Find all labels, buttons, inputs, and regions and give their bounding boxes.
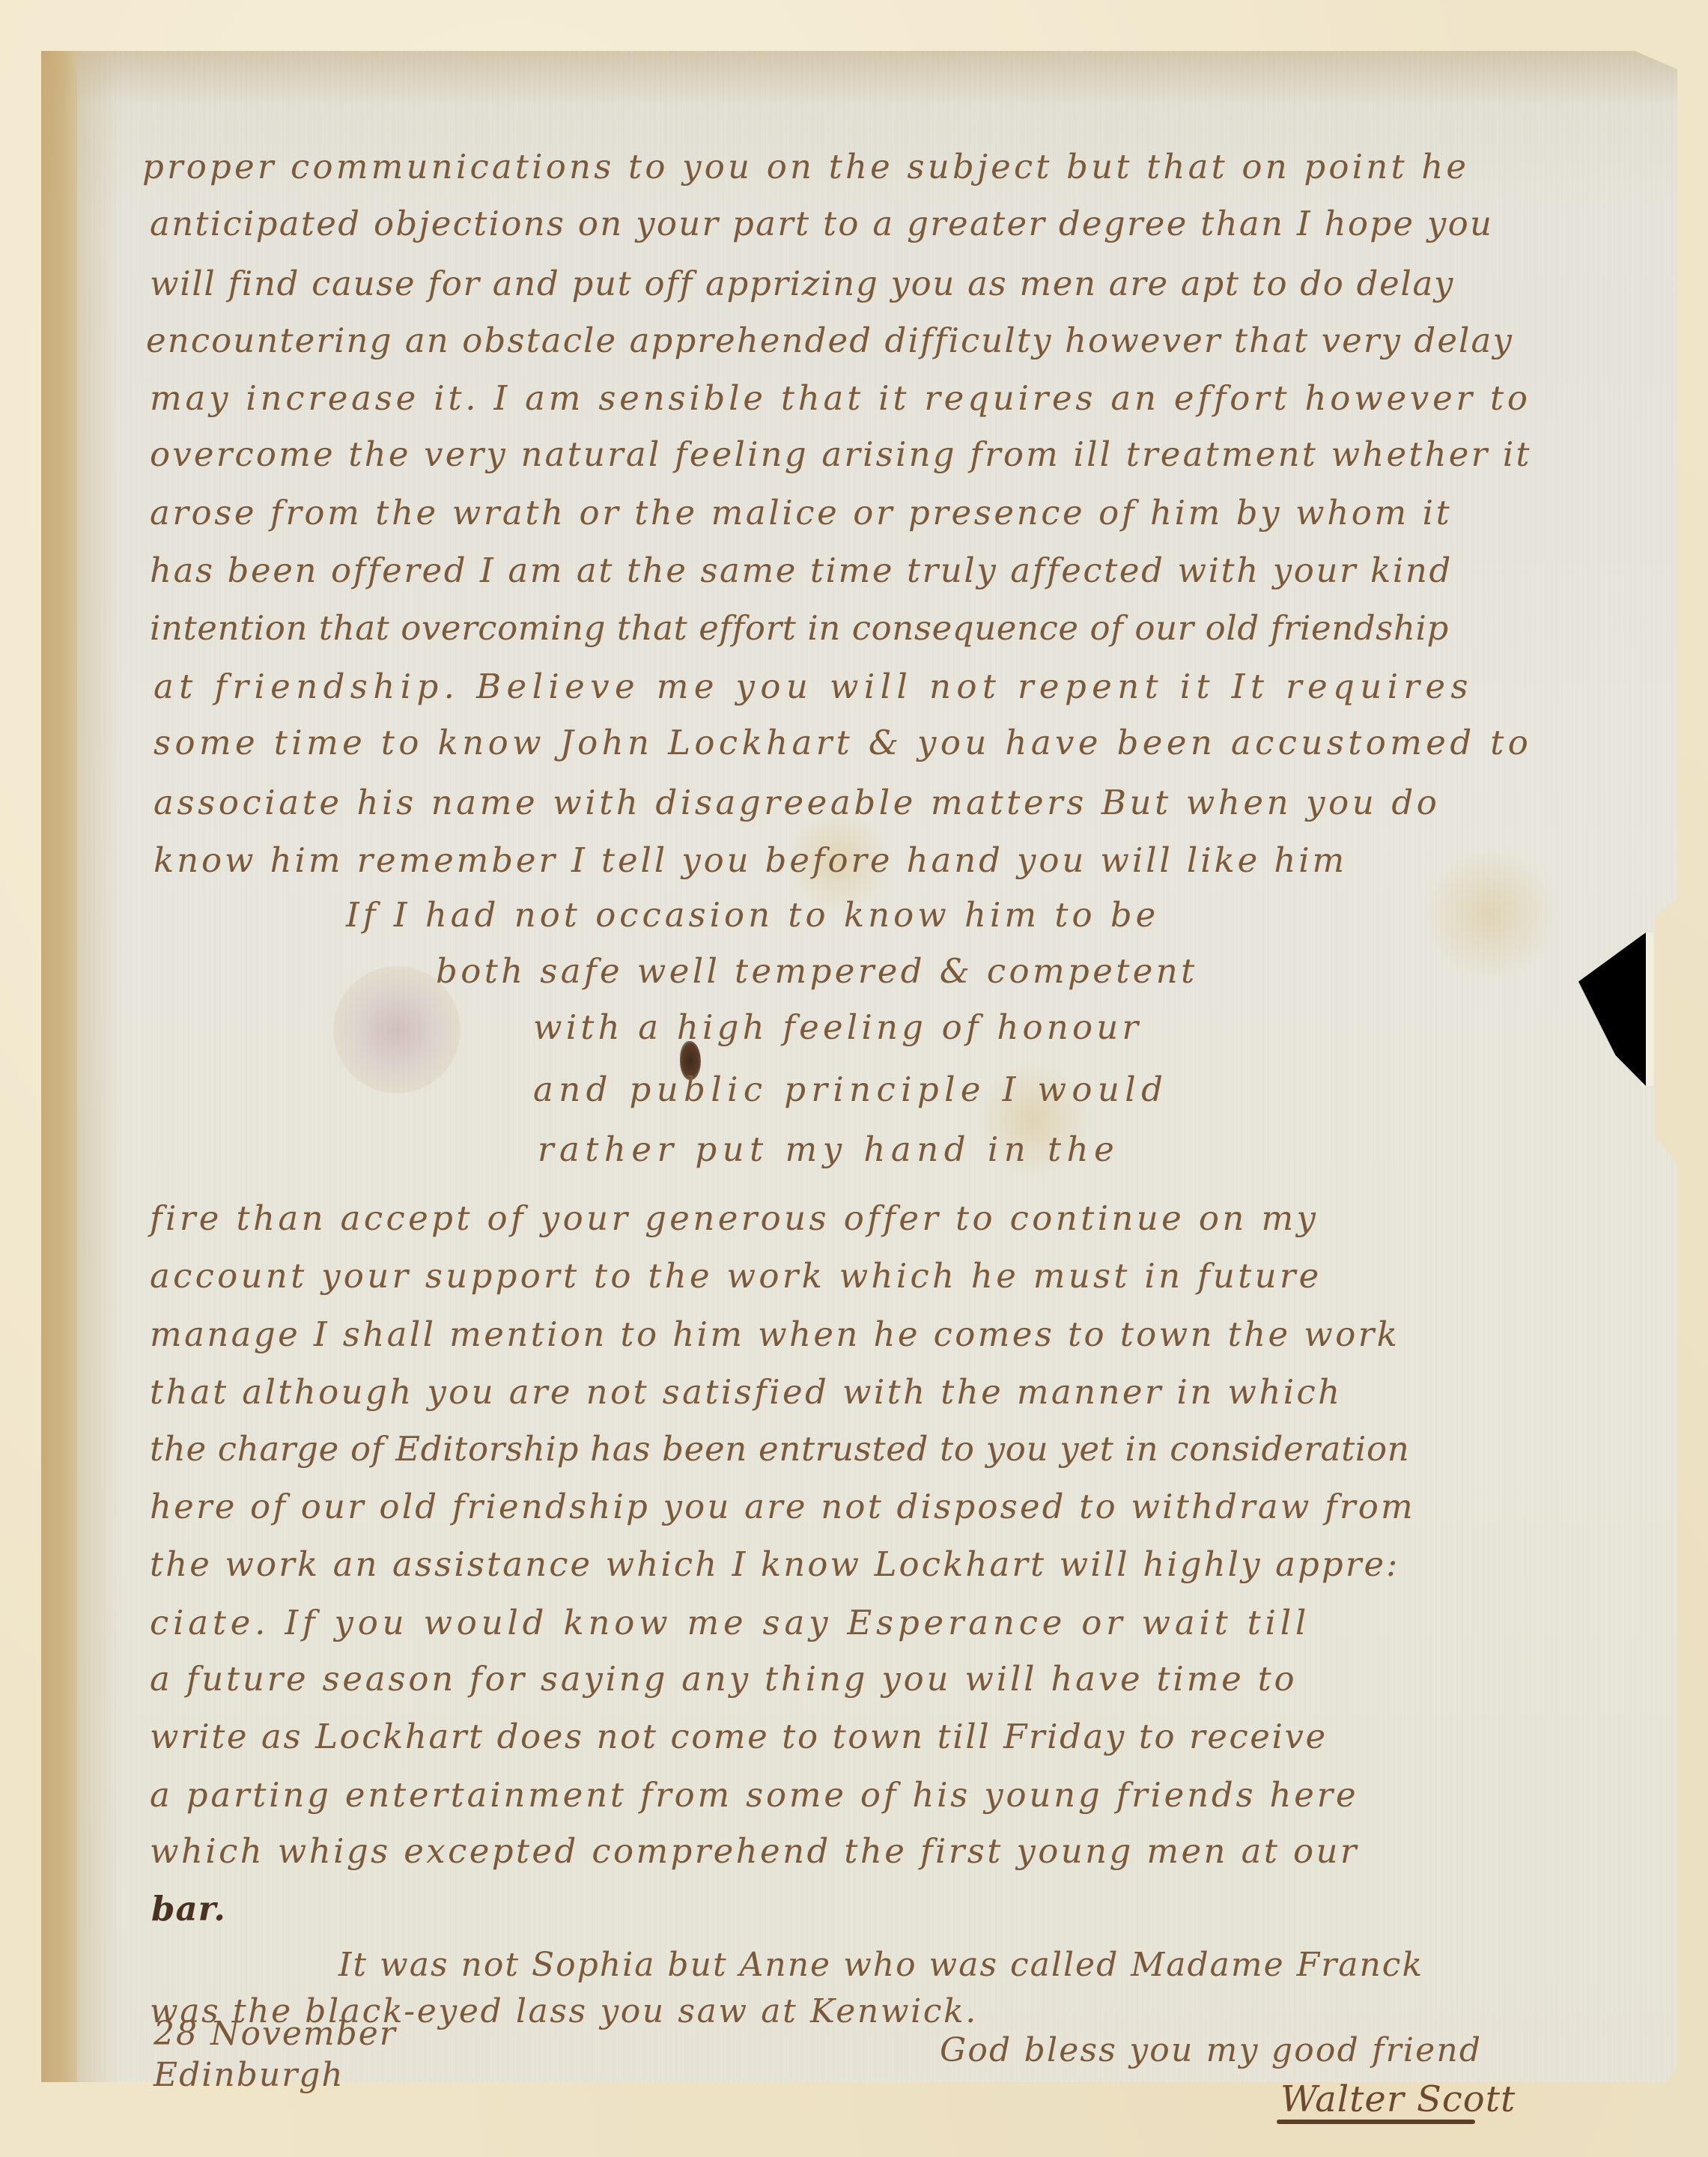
signature: Walter Scott bbox=[1280, 2078, 1516, 2120]
text-line: a parting entertainment from some of his… bbox=[150, 1775, 1358, 1815]
text-line: which whigs excepted comprehend the firs… bbox=[150, 1831, 1359, 1871]
text-line: It was not Sophia but Anne who was calle… bbox=[338, 1946, 1423, 1984]
text-line: anticipated objections on your part to a… bbox=[150, 204, 1493, 243]
text-line: rather put my hand in the bbox=[538, 1129, 1119, 1169]
text-line: proper communications to you on the subj… bbox=[142, 147, 1469, 186]
text-line: the work an assistance which I know Lock… bbox=[150, 1544, 1399, 1584]
text-line: arose from the wrath or the malice or pr… bbox=[150, 493, 1452, 533]
text-line: and public principle I would bbox=[533, 1070, 1168, 1109]
place-line: Edinburgh bbox=[154, 2056, 344, 2094]
text-line: bar. bbox=[151, 1889, 226, 1929]
text-line: fire than accept of your generous offer … bbox=[150, 1198, 1319, 1238]
top-edge-stain bbox=[41, 51, 1677, 103]
foxing-stain bbox=[1423, 846, 1557, 981]
text-line: that although you are not satisfied with… bbox=[150, 1372, 1343, 1412]
text-line: know him remember I tell you before hand… bbox=[154, 840, 1347, 880]
text-line: here of our old friendship you are not d… bbox=[150, 1487, 1415, 1526]
closing-line: God bless you my good friend bbox=[940, 2031, 1482, 2069]
left-hinge-strip bbox=[41, 51, 77, 2082]
text-line: ciate. If you would know me say Esperanc… bbox=[150, 1603, 1310, 1642]
text-line: associate his name with disagreeable mat… bbox=[154, 783, 1440, 822]
text-line: encountering an obstacle apprehended dif… bbox=[146, 321, 1513, 360]
left-hinge-shadow bbox=[77, 51, 122, 2082]
text-line: If I had not occasion to know him to be bbox=[346, 895, 1159, 935]
text-line: has been offered I am at the same time t… bbox=[150, 550, 1453, 590]
date-line: 28 November bbox=[154, 2015, 397, 2053]
text-line: overcome the very natural feeling arisin… bbox=[150, 434, 1532, 474]
text-line: at friendship. Believe me you will not r… bbox=[154, 667, 1474, 706]
text-line: account your support to the work which h… bbox=[150, 1256, 1322, 1296]
text-line: the charge of Editorship has been entrus… bbox=[150, 1429, 1410, 1469]
text-line: both safe well tempered & competent bbox=[436, 951, 1198, 991]
text-line: may increase it. I am sensible that it r… bbox=[150, 378, 1531, 418]
text-line: with a high feeling of honour bbox=[533, 1007, 1142, 1047]
text-line: intention that overcoming that effort in… bbox=[150, 608, 1449, 648]
text-line: manage I shall mention to him when he co… bbox=[150, 1314, 1399, 1354]
text-line: will find cause for and put off apprizin… bbox=[150, 264, 1454, 303]
signature-underline bbox=[1277, 2120, 1475, 2124]
text-line: write as Lockhart does not come to town … bbox=[150, 1717, 1328, 1756]
text-line: some time to know John Lockhart & you ha… bbox=[154, 723, 1532, 762]
text-line: a future season for saying any thing you… bbox=[150, 1659, 1297, 1699]
